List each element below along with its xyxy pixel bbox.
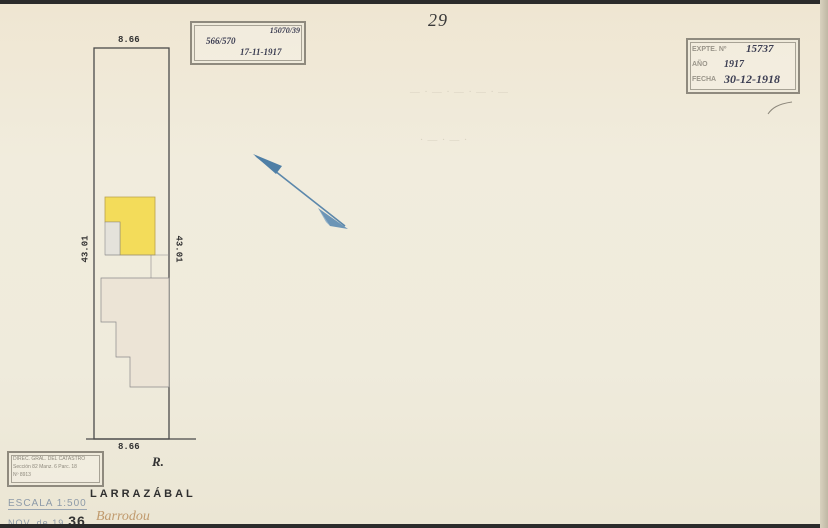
small-mark: — [8,483,13,489]
signature: Barrodou [96,509,150,524]
depth-right-dimension: 43.01 [174,235,184,262]
date-prefix: NOV. de 19 [8,518,64,524]
frontage-top-dimension: 8.66 [118,35,140,45]
date-year: 36 [68,513,86,524]
scale-label: ESCALA 1:500 [8,498,87,510]
secondary-structure [101,278,169,387]
frontage-bottom-dimension: 8.66 [118,442,140,452]
cadastro-line-2: Sección 82 Manz. 6 Parc. 18 [13,463,98,471]
street-name: LARRAZÁBAL [90,488,196,500]
initial-mark: R. [152,454,164,470]
date-stamp: NOV. de 1936 [8,513,86,524]
document-sheet: — · — · — · — · — · — · — · 29 15070/39 … [0,4,822,524]
north-arrow-icon [253,154,348,229]
cadastro-line-1: DIREC. GRAL. DEL CATASTRO [13,455,98,463]
cadastro-stamp: DIREC. GRAL. DEL CATASTRO Sección 82 Man… [7,451,104,487]
page-edge [820,0,828,528]
depth-left-dimension: 43.01 [81,235,91,262]
cadastro-line-3: Nº 8913 [13,471,98,479]
